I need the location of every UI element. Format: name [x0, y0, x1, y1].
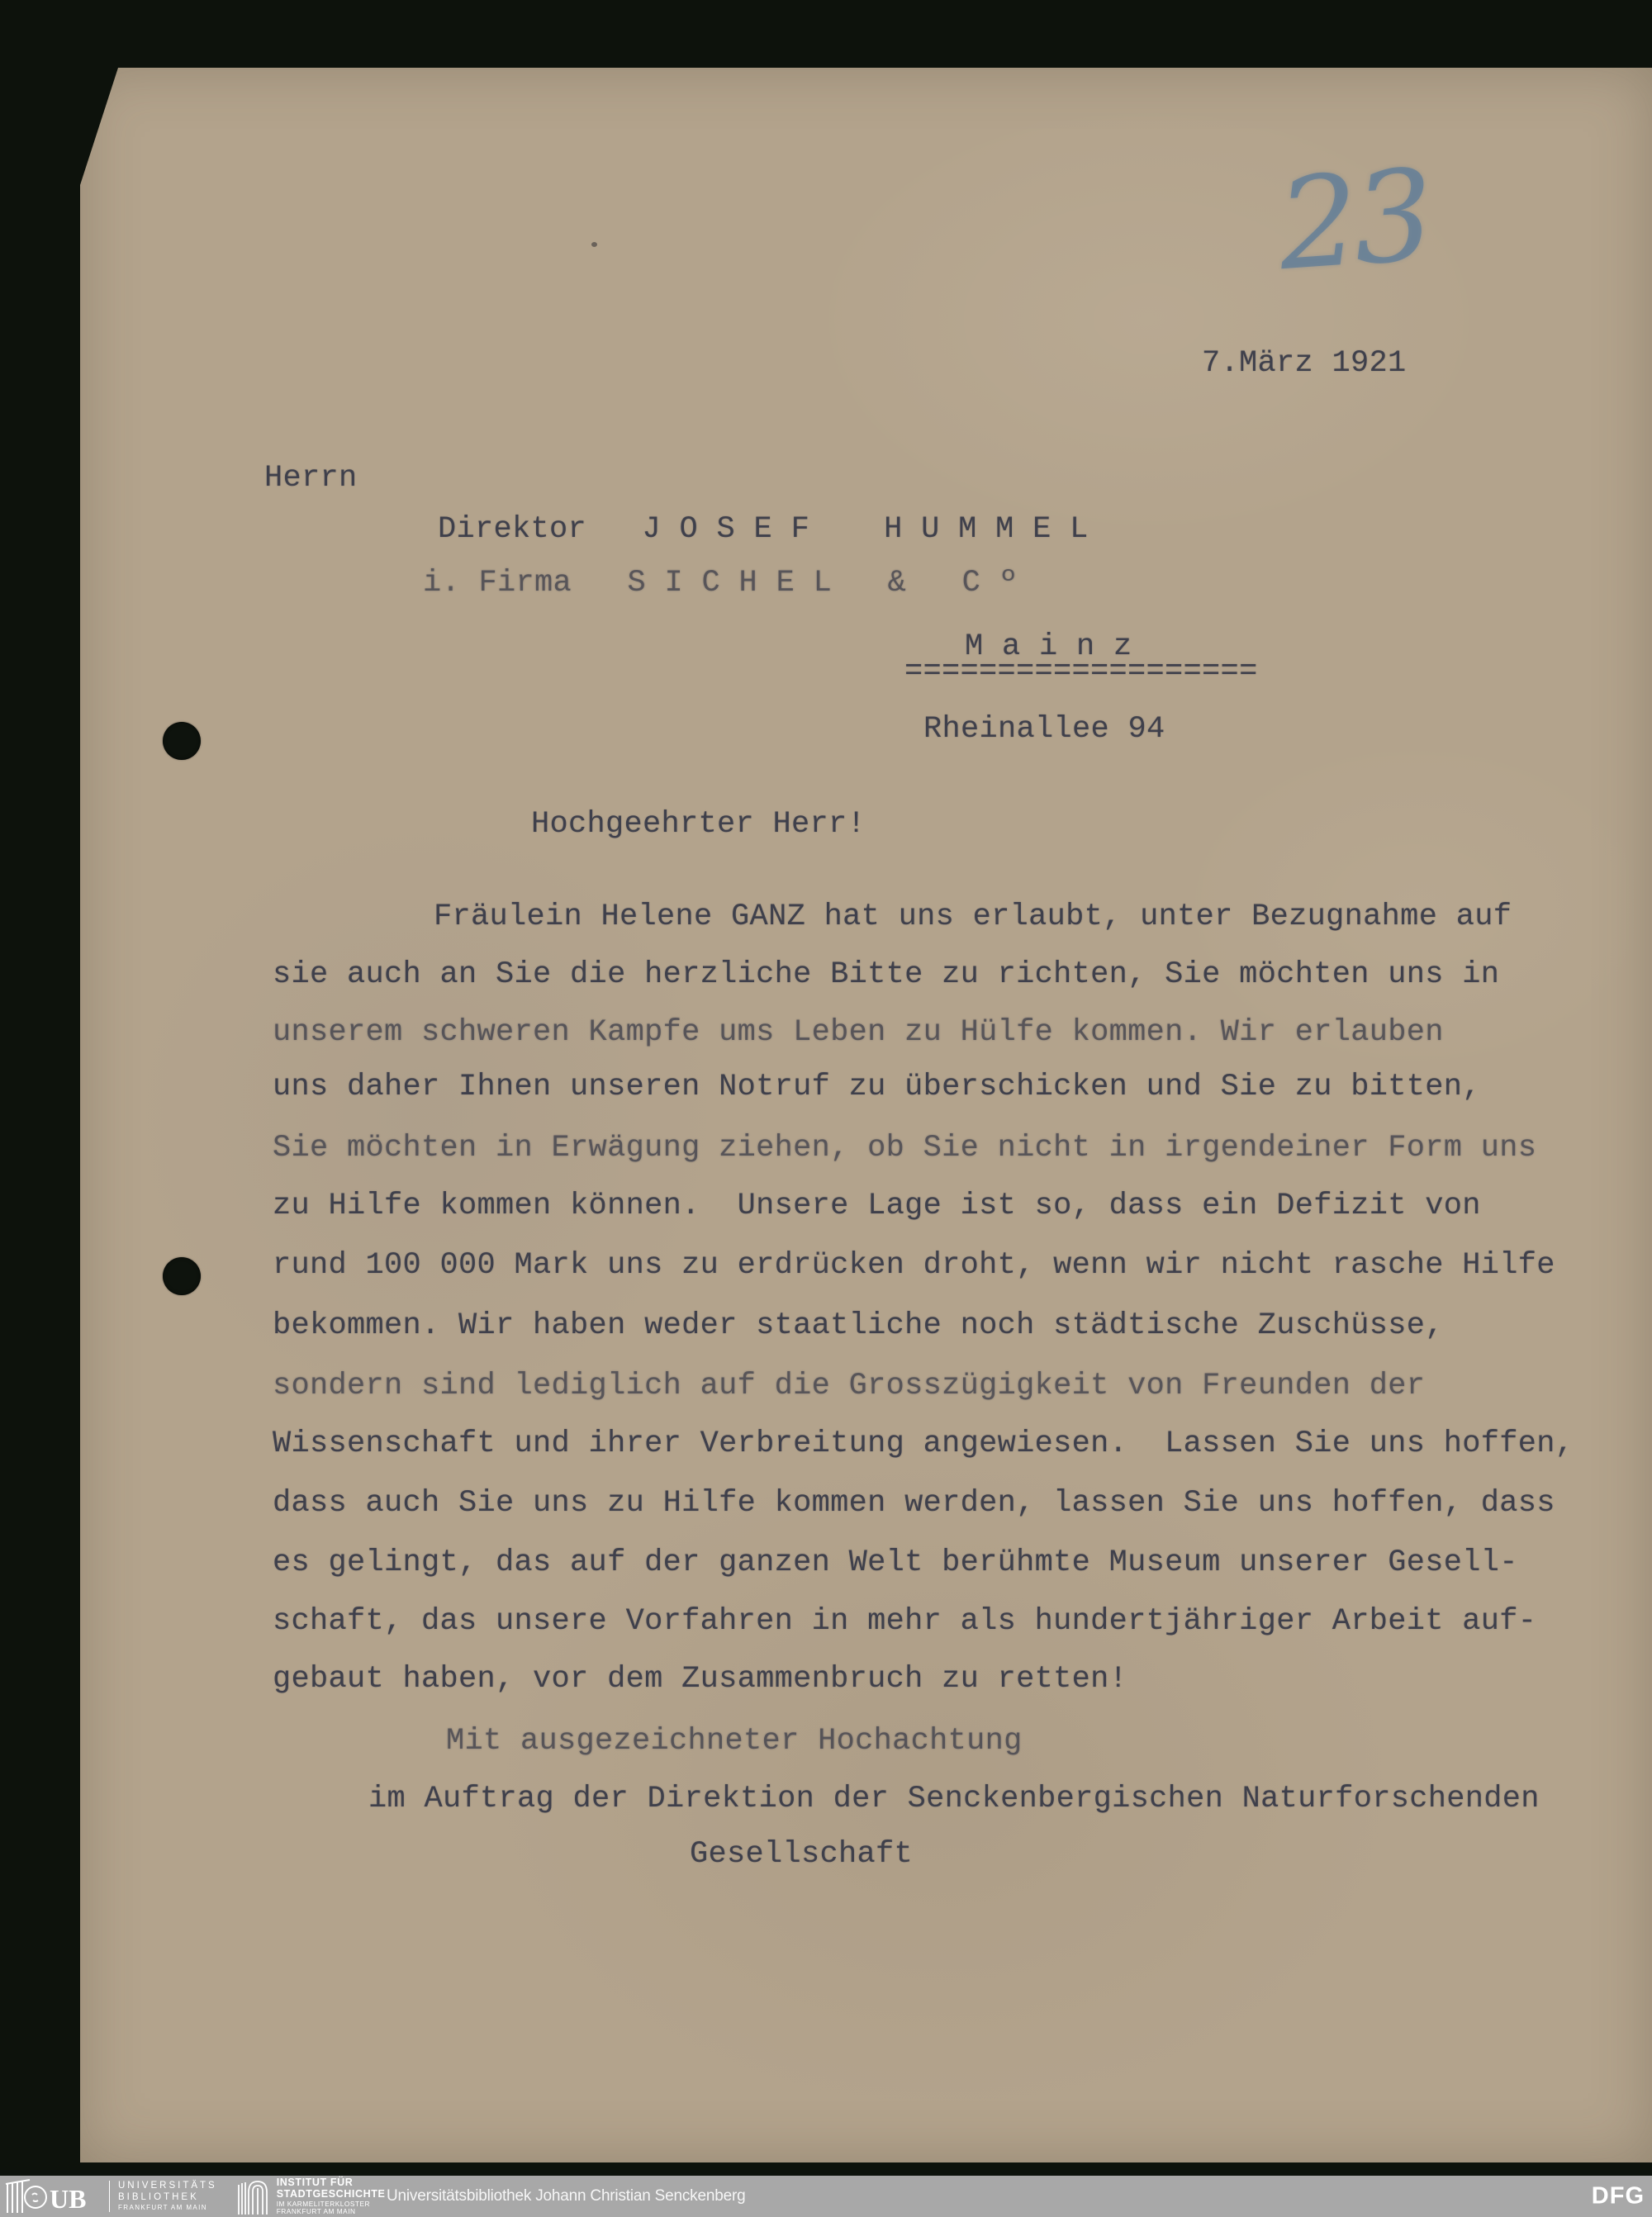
- ub-line1: UNIVERSITÄTS: [118, 2181, 217, 2192]
- institut-logo-text: INSTITUT FÜR STADTGESCHICHTE IM KARMELIT…: [277, 2177, 386, 2215]
- footer-bar: UB UNIVERSITÄTS BIBLIOTHEK FRANKFURT AM …: [0, 2176, 1652, 2217]
- recipient-firm-line: i. Firma S I C H E L & C º: [423, 566, 1018, 601]
- body-line: Fräulein Helene GANZ hat uns erlaubt, un…: [434, 900, 1512, 934]
- punch-hole-bottom: [163, 1257, 201, 1295]
- body-line: sondern sind lediglich auf die Grosszügi…: [273, 1369, 1425, 1403]
- institut-stadtgeschichte-logo: INSTITUT FÜR STADTGESCHICHTE IM KARMELIT…: [237, 2176, 386, 2217]
- body-line: sie auch an Sie die herzliche Bitte zu r…: [273, 957, 1499, 992]
- recipient-street: Rheinallee 94: [923, 712, 1165, 747]
- institut-line2: STADTGESCHICHTE: [277, 2189, 386, 2200]
- date-line: 7.März 1921: [1202, 346, 1407, 381]
- body-line: Wissenschaft und ihrer Verbreitung angew…: [273, 1427, 1574, 1461]
- stadtgeschichte-arch-icon: [237, 2178, 270, 2215]
- ub-line3: FRANKFURT AM MAIN: [118, 2204, 217, 2211]
- body-line: bekommen. Wir haben weder staatliche noc…: [273, 1308, 1444, 1343]
- closing-line: Mit ausgezeichneter Hochachtung: [446, 1724, 1023, 1759]
- recipient-city-underline: ===================: [904, 654, 1258, 689]
- closing-line: Gesellschaft: [690, 1837, 913, 1872]
- punch-hole-top: [163, 722, 201, 760]
- body-line: schaft, das unsere Vorfahren in mehr als…: [273, 1604, 1536, 1639]
- library-name: Universitätsbibliothek Johann Christian …: [387, 2187, 745, 2205]
- body-line: rund 100 000 Mark uns zu erdrücken droht…: [273, 1248, 1555, 1283]
- body-line: gebaut haben, vor dem Zusammenbruch zu r…: [273, 1662, 1127, 1697]
- body-line: Sie möchten in Erwägung ziehen, ob Sie n…: [273, 1131, 1536, 1165]
- ub-logo-text: UNIVERSITÄTS BIBLIOTHEK FRANKFURT AM MAI…: [109, 2181, 217, 2212]
- recipient-name-line: Direktor J O S E F H U M M E L: [438, 512, 1089, 547]
- scanned-letter-page: 23 7.März 1921 Herrn Direktor J O S E F …: [0, 0, 1652, 2217]
- body-line: uns daher Ihnen unseren Notruf zu übersc…: [273, 1070, 1481, 1104]
- dfg-logo: DFG: [1592, 2183, 1645, 2210]
- ub-library-logo: UB UNIVERSITÄTS BIBLIOTHEK FRANKFURT AM …: [5, 2176, 217, 2217]
- body-line: unserem schweren Kampfe ums Leben zu Hül…: [273, 1015, 1444, 1050]
- ub-books-portrait-icon: UB: [5, 2178, 102, 2215]
- body-line: zu Hilfe kommen können. Unsere Lage ist …: [273, 1189, 1481, 1223]
- paper-speck: [591, 242, 597, 247]
- handwritten-page-number: 23: [1274, 142, 1433, 298]
- greeting-line: Hochgeehrter Herr!: [531, 807, 866, 842]
- institut-line4: FRANKFURT AM MAIN: [277, 2208, 386, 2215]
- body-line: es gelingt, das auf der ganzen Welt berü…: [273, 1545, 1518, 1580]
- ub-line2: BIBLIOTHEK: [118, 2192, 217, 2204]
- ub-abbrev: UB: [50, 2184, 86, 2214]
- recipient-salutation-line: Herrn: [264, 461, 358, 496]
- institut-line1: INSTITUT FÜR: [277, 2177, 386, 2189]
- body-line: dass auch Sie uns zu Hilfe kommen werden…: [273, 1486, 1555, 1521]
- closing-line: im Auftrag der Direktion der Senckenberg…: [368, 1782, 1540, 1816]
